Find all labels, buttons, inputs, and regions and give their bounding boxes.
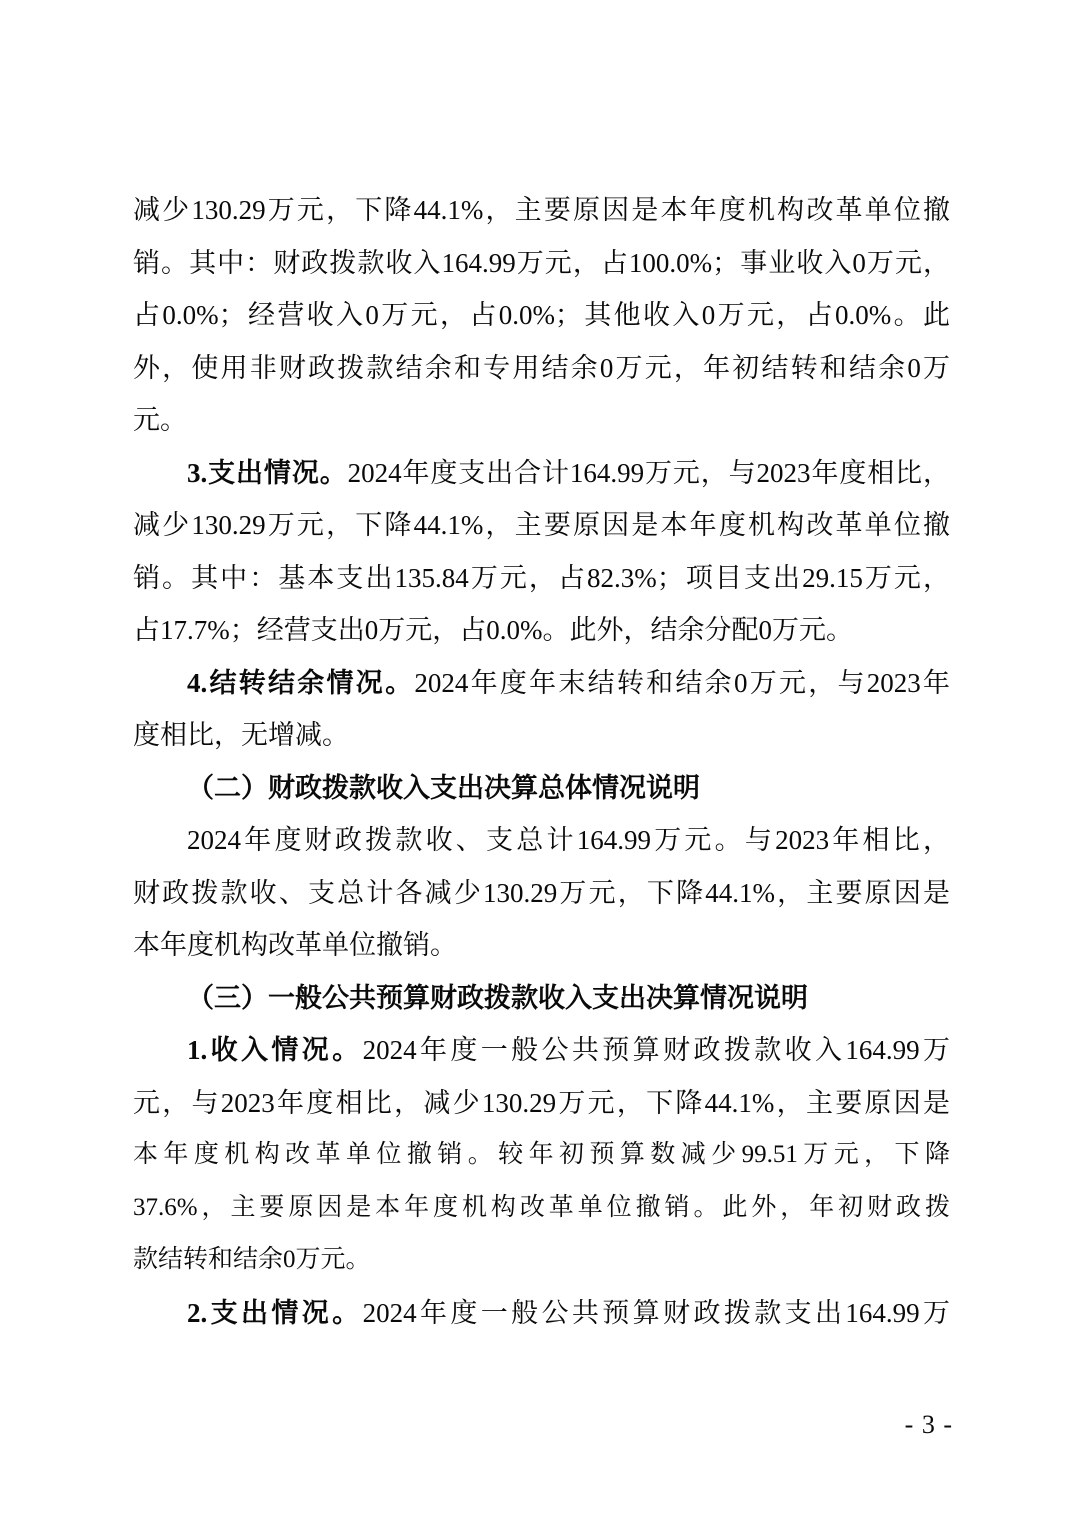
paragraph-line-expenditure2-heading: 2.支出情况。2024年度一般公共预算财政拨款支出164.99万 [133,1287,950,1340]
line-text: 减少130.29万元，下降44.1%，主要原因是本年度机构改革单位撤 [133,195,950,225]
page-number: - 3 - [905,1408,953,1442]
line-text: 财政拨款收、支总计各减少130.29万元，下降44.1%，主要原因是 [133,878,950,908]
line-text: 占17.7%；经营支出0万元，占0.0%。此外，结余分配0万元。 [133,615,853,645]
paragraph-line: 占0.0%；经营收入0万元，占0.0%；其他收入0万元，占0.0%。此 [133,289,950,342]
line-text: 2024年度支出合计164.99万元，与2023年度相比， [348,458,950,488]
line-text: 占0.0%；经营收入0万元，占0.0%；其他收入0万元，占0.0%。此 [133,300,950,330]
paragraph-line: 本年度机构改革单位撤销。较年初预算数减少99.51万元，下降 [133,1129,950,1182]
section-heading-3: （三）一般公共预算财政拨款收入支出决算情况说明 [133,972,950,1025]
line-text: 减少130.29万元，下降44.1%，主要原因是本年度机构改革单位撤 [133,510,950,540]
line-text: 2024年度一般公共预算财政拨款收入164.99万 [363,1035,950,1065]
paragraph-line-carryover-heading: 4.结转结余情况。2024年度年末结转和结余0万元，与2023年 [133,657,950,710]
paragraph-line: 本年度机构改革单位撤销。 [133,919,950,972]
line-bold-prefix: （二）财政拨款收入支出决算总体情况说明 [187,773,700,803]
paragraph-line: 减少130.29万元，下降44.1%，主要原因是本年度机构改革单位撤 [133,499,950,552]
line-text: 37.6%，主要原因是本年度机构改革单位撤销。此外，年初财政拨 [133,1194,950,1221]
paragraph-line: 财政拨款收、支总计各减少130.29万元，下降44.1%，主要原因是 [133,867,950,920]
paragraph-line: 元，与2023年度相比，减少130.29万元，下降44.1%，主要原因是 [133,1077,950,1130]
line-text: 销。其中：基本支出135.84万元，占82.3%；项目支出29.15万元， [133,563,950,593]
paragraph-line: 销。其中：财政拨款收入164.99万元，占100.0%；事业收入0万元， [133,237,950,290]
line-text: 外，使用非财政拨款结余和专用结余0万元，年初结转和结余0万 [133,353,950,383]
line-text: 本年度机构改革单位撤销。 [133,930,457,960]
paragraph-line: 度相比，无增减。 [133,709,950,762]
line-bold-prefix: 2.支出情况。 [187,1298,363,1328]
paragraph-line: 外，使用非财政拨款结余和专用结余0万元，年初结转和结余0万 [133,342,950,395]
paragraph-line: 销。其中：基本支出135.84万元，占82.3%；项目支出29.15万元， [133,552,950,605]
line-text: 2024年度一般公共预算财政拨款支出164.99万 [363,1298,950,1328]
line-text: 销。其中：财政拨款收入164.99万元，占100.0%；事业收入0万元， [133,248,950,278]
line-text: 2024年度财政拨款收、支总计164.99万元。与2023年相比， [187,825,950,855]
paragraph-line: 占17.7%；经营支出0万元，占0.0%。此外，结余分配0万元。 [133,604,950,657]
paragraph-line-income-heading: 1.收入情况。2024年度一般公共预算财政拨款收入164.99万 [133,1024,950,1077]
line-text: 2024年度年末结转和结余0万元，与2023年 [414,668,950,698]
paragraph-line: 款结转和结余0万元。 [133,1234,950,1287]
paragraph-line-expenditure-heading: 3.支出情况。2024年度支出合计164.99万元，与2023年度相比， [133,447,950,500]
line-text: 元。 [133,405,187,435]
line-text: 元，与2023年度相比，减少130.29万元，下降44.1%，主要原因是 [133,1088,950,1118]
document-body: 减少130.29万元，下降44.1%，主要原因是本年度机构改革单位撤销。其中：财… [133,184,950,1339]
document-page: 减少130.29万元，下降44.1%，主要原因是本年度机构改革单位撤销。其中：财… [0,0,1075,1520]
paragraph-line: 2024年度财政拨款收、支总计164.99万元。与2023年相比， [133,814,950,867]
line-bold-prefix: 3.支出情况。 [187,458,348,488]
line-text: 款结转和结余0万元。 [133,1246,371,1273]
paragraph-line: 减少130.29万元，下降44.1%，主要原因是本年度机构改革单位撤 [133,184,950,237]
line-bold-prefix: 4.结转结余情况。 [187,668,414,698]
line-text: 本年度机构改革单位撤销。较年初预算数减少99.51万元，下降 [133,1141,950,1168]
line-text: 度相比，无增减。 [133,720,349,750]
line-bold-prefix: （三）一般公共预算财政拨款收入支出决算情况说明 [187,983,808,1013]
paragraph-line: 37.6%，主要原因是本年度机构改革单位撤销。此外，年初财政拨 [133,1182,950,1235]
section-heading-2: （二）财政拨款收入支出决算总体情况说明 [133,762,950,815]
paragraph-line: 元。 [133,394,950,447]
line-bold-prefix: 1.收入情况。 [187,1035,363,1065]
